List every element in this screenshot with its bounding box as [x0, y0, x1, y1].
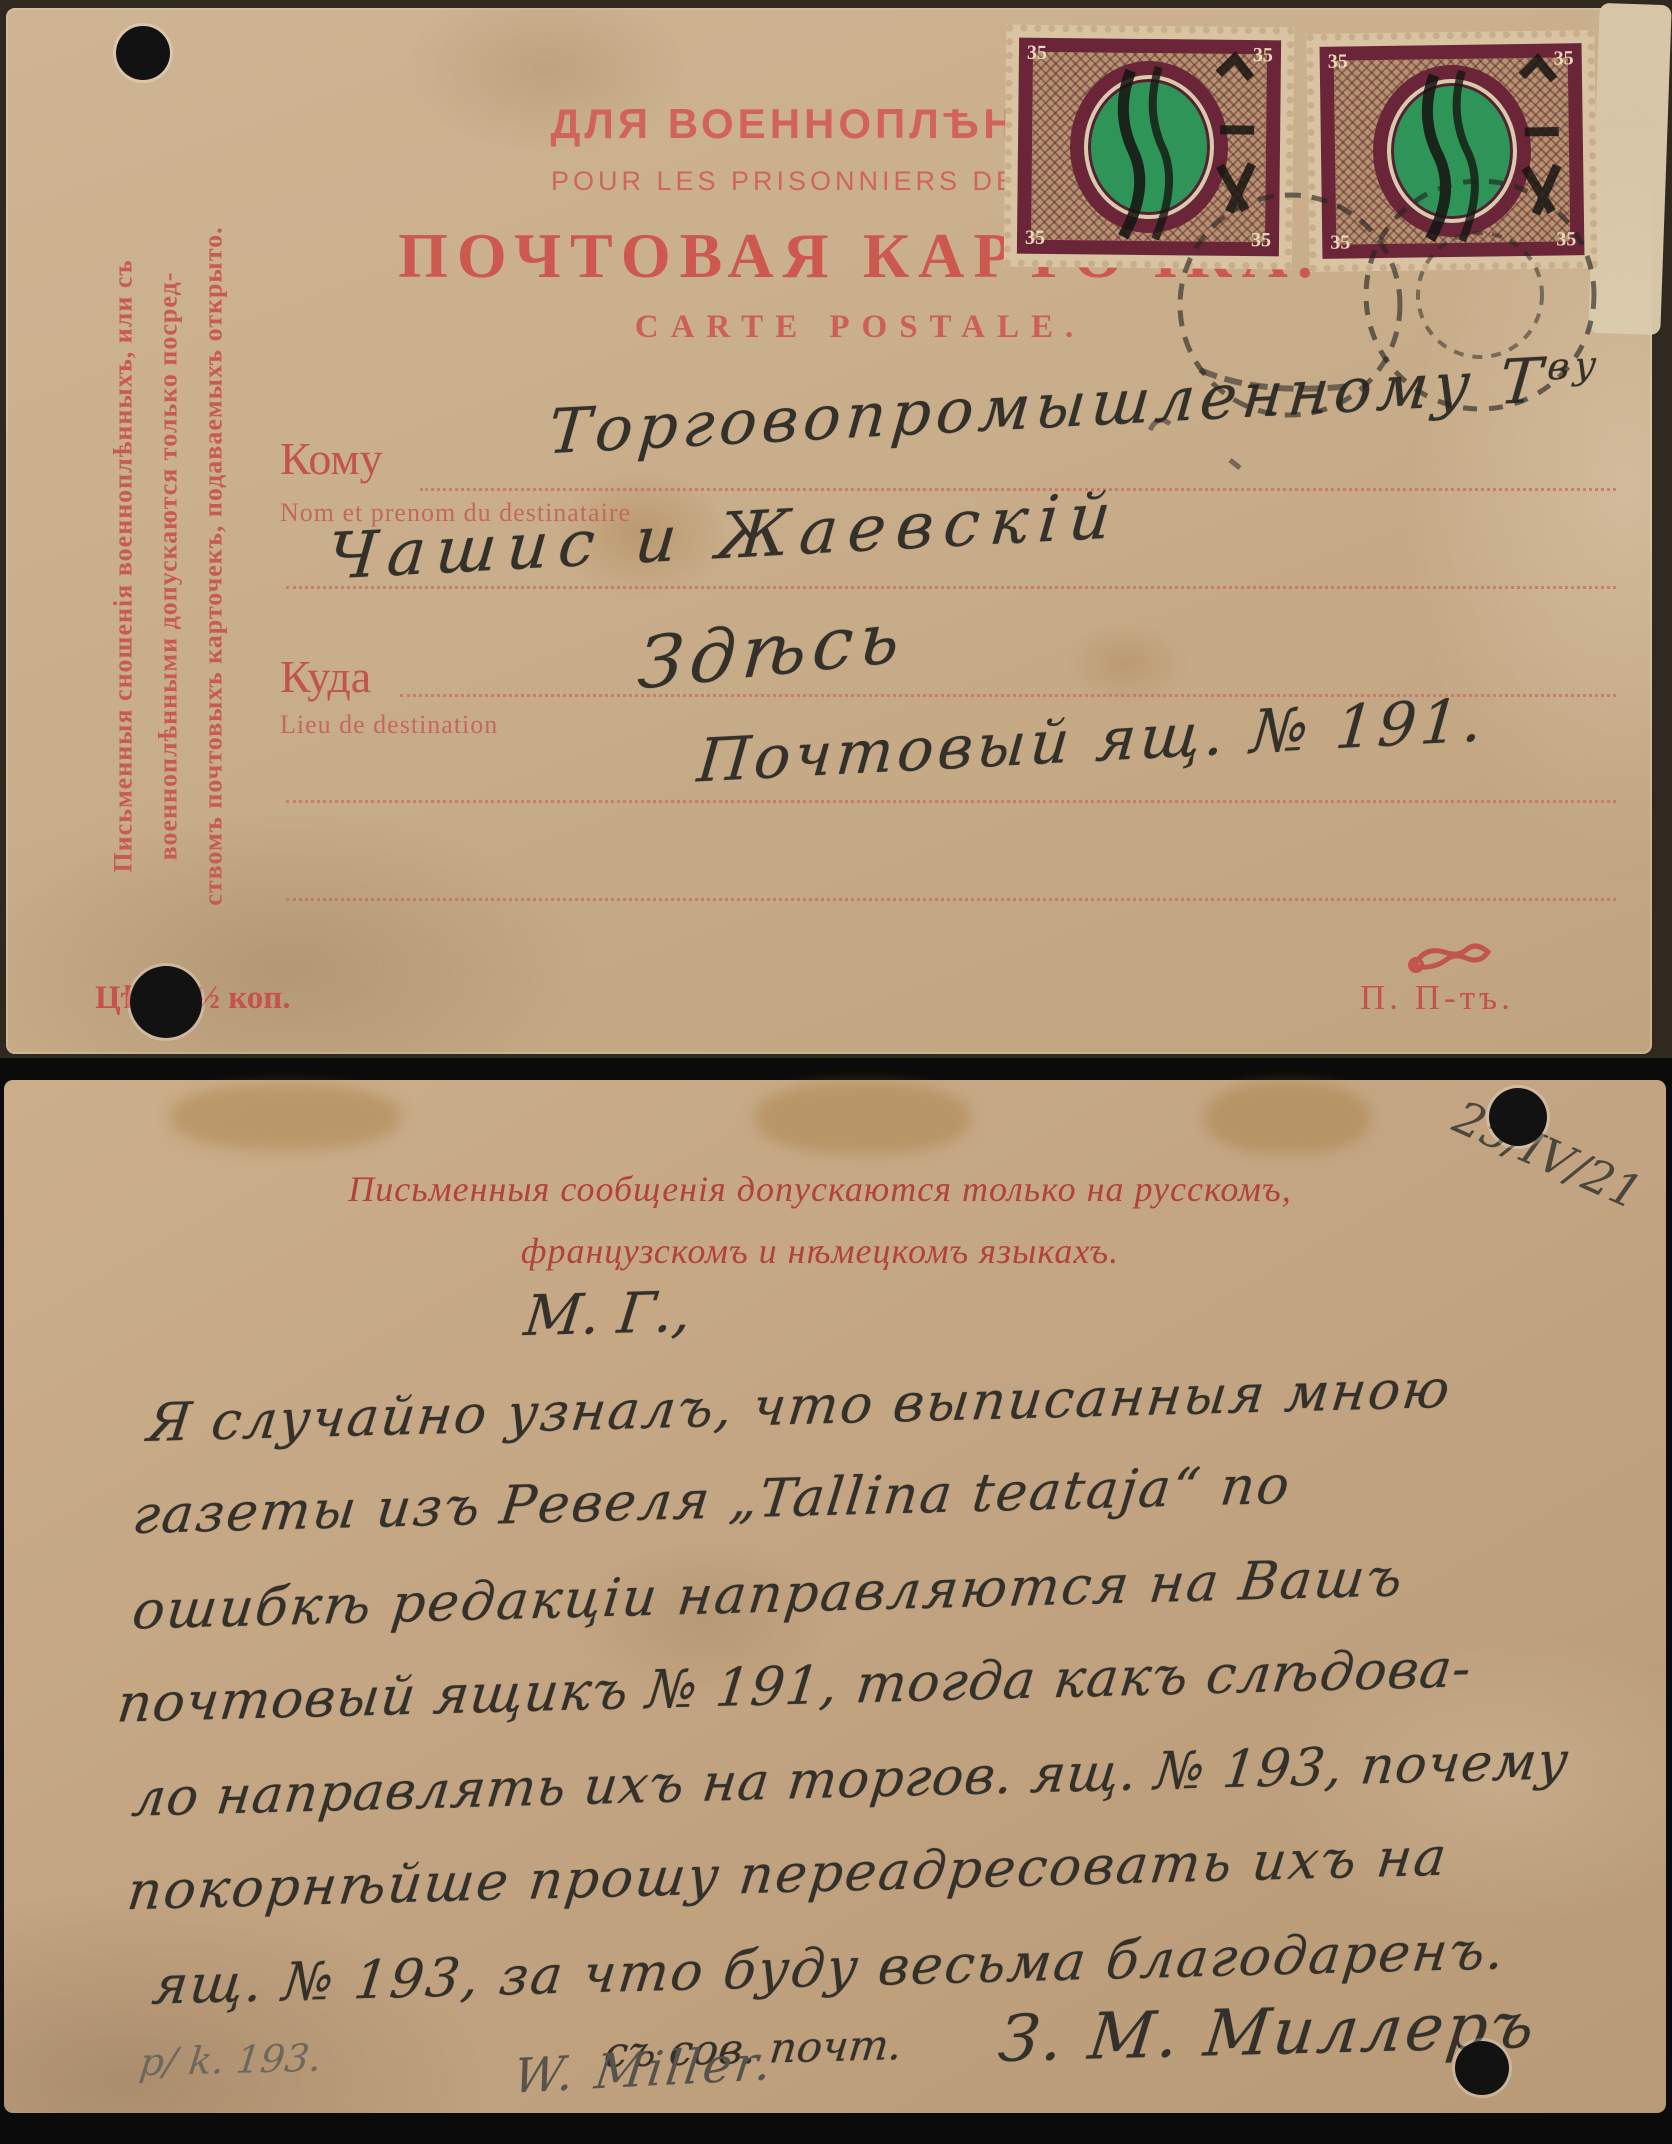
- language-notice-line1: Письменныя сообщенія допускаются только …: [160, 1168, 1480, 1210]
- address-dotted-line: [286, 898, 1616, 901]
- printer-imprint: П. П-тъ.: [1360, 978, 1514, 1018]
- punch-hole: [1489, 1088, 1547, 1146]
- pencil-note: p/ k. 193.: [137, 2036, 324, 2085]
- to-label: Кому: [280, 432, 383, 485]
- side-note-line: ствомъ почтовыхъ карточекъ, подаваемыхъ …: [191, 86, 236, 1046]
- scanned-postcard-page: Письменныя сношенія военноплѣнныхъ, или …: [0, 0, 1672, 2144]
- where-label: Куда: [280, 650, 371, 703]
- glue-stain: [1205, 1082, 1370, 1154]
- glue-stain: [170, 1084, 400, 1150]
- address-dotted-line: [286, 800, 1616, 803]
- language-notice-line2: французскомъ и нѣмецкомъ языкахъ.: [160, 1230, 1480, 1272]
- punch-hole: [116, 26, 170, 80]
- salutation: М. Г.,: [521, 1280, 695, 1349]
- address-dotted-line: [286, 586, 1616, 589]
- side-note-line: военноплѣнными допускаются только посред…: [146, 86, 191, 1046]
- where-sublabel: Lieu de destination: [280, 710, 498, 740]
- side-note-line: Письменныя сношенія военноплѣнныхъ, или …: [101, 86, 146, 1046]
- glue-stain: [755, 1082, 970, 1154]
- punch-hole: [1455, 2041, 1509, 2095]
- side-regulation-note: Письменныя сношенія военноплѣнныхъ, или …: [101, 86, 236, 1046]
- posthorn-icon: [1406, 940, 1498, 978]
- postmark-cancellation: [1080, 140, 1672, 510]
- punch-hole: [130, 966, 202, 1038]
